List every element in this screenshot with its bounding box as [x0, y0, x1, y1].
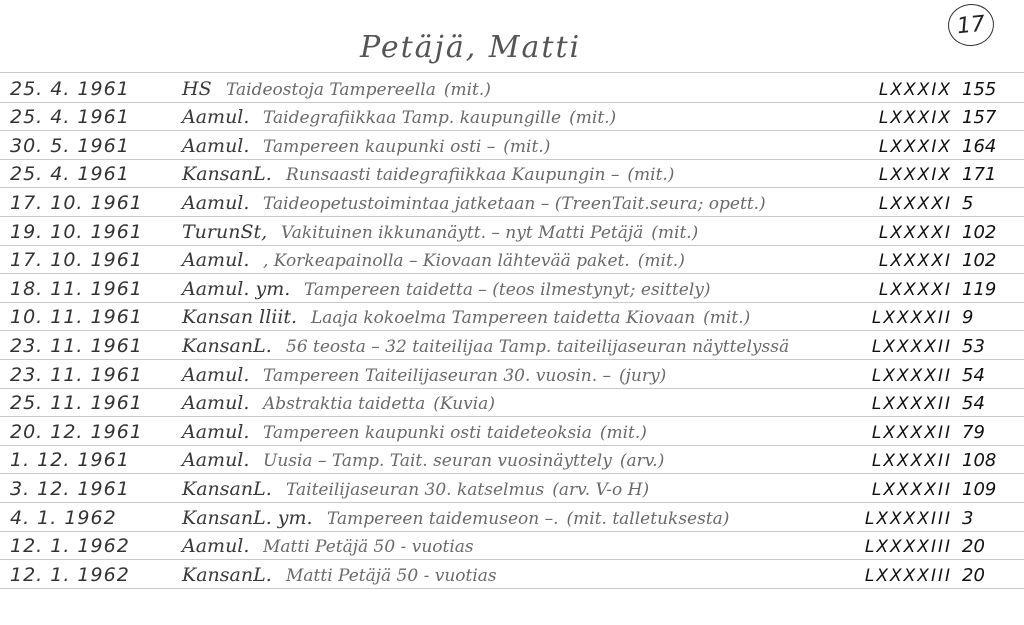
entry-body: Runsaasti taidegrafiikkaa Kaupungin –(mi… [278, 164, 674, 185]
entry-page: 155 [962, 79, 996, 100]
entry-date: 23. 11. 1961 [10, 335, 180, 357]
entry-page: 9 [962, 307, 973, 328]
entry-page: 20 [962, 565, 985, 586]
entry-body: Taiteilijaseuran 30. katselmus(arv. V-o … [278, 479, 649, 500]
entry-date: 30. 5. 1961 [10, 135, 180, 157]
entry-note: (Kuvia) [433, 394, 495, 414]
page-number-circle: 17 [946, 2, 996, 49]
entry-volume: LXXXXII [872, 366, 952, 386]
entry-note: (jury) [619, 366, 666, 386]
entry-note: (mit.) [627, 165, 674, 185]
entry-source: Aamul. [182, 106, 249, 128]
entry-title: Taideopetustoimintaa jatketaan – (TreenT… [263, 194, 766, 214]
entry-note: (mit.) [569, 108, 616, 128]
entry-volume: LXXXIX [879, 108, 952, 128]
entry-date: 3. 12. 1961 [10, 478, 180, 500]
entry-volume: LXXXIX [879, 80, 952, 100]
entry-source: Aamul. [182, 449, 249, 471]
entry-body: Tampereen taidemuseon –.(mit. talletukse… [319, 508, 729, 529]
entry-body: Laaja kokoelma Tampereen taidetta Kiovaa… [303, 307, 750, 328]
entry-source: KansanL. [182, 564, 272, 586]
entry-body: Taideostoja Tampereella(mit.) [218, 79, 491, 100]
entry-title: Matti Petäjä 50 - vuotias [286, 566, 497, 586]
entry-volume: LXXXXII [872, 451, 952, 471]
entry-note: (mit.) [638, 251, 685, 271]
entry-list: 25. 4. 1961HSTaideostoja Tampereella(mit… [0, 74, 1024, 589]
entry-source: HS [182, 78, 212, 100]
entry-volume: LXXXXI [879, 251, 952, 271]
entry-date: 10. 11. 1961 [10, 306, 180, 328]
entry-note: (mit.) [444, 80, 491, 100]
entry-date: 4. 1. 1962 [10, 507, 180, 529]
list-item: 19. 10. 1961TurunSt,Vakituinen ikkunanäy… [0, 217, 1024, 246]
entry-title: 56 teosta – 32 taiteilijaa Tamp. taiteil… [286, 337, 789, 357]
entry-body: Taidegrafiikkaa Tamp. kaupungille(mit.) [255, 107, 616, 128]
list-item: 23. 11. 1961KansanL.56 teosta – 32 taite… [0, 331, 1024, 360]
entry-page: 119 [962, 279, 996, 300]
entry-volume: LXXXXII [872, 337, 952, 357]
entry-source: KansanL. [182, 163, 272, 185]
entry-page: 54 [962, 393, 985, 414]
header-rule [0, 72, 1024, 73]
entry-date: 1. 12. 1961 [10, 449, 180, 471]
entry-date: 12. 1. 1962 [10, 564, 180, 586]
entry-body: Tampereen taidetta – (teos ilmestynyt; e… [296, 279, 719, 300]
entry-title: , Korkeapainolla – Kiovaan lähtevää pake… [263, 251, 630, 271]
entry-volume: LXXXXIII [865, 537, 952, 557]
entry-date: 12. 1. 1962 [10, 535, 180, 557]
entry-note: (arv.) [620, 451, 665, 471]
entry-body: Tampereen Taiteilijaseuran 30. vuosin. –… [255, 365, 666, 386]
entry-note: (mit. talletuksesta) [567, 509, 730, 529]
list-item: 25. 11. 1961Aamul.Abstraktia taidetta(Ku… [0, 389, 1024, 418]
entry-date: 25. 4. 1961 [10, 78, 180, 100]
entry-title: Taideostoja Tampereella [226, 80, 436, 100]
entry-volume: LXXXXI [879, 280, 952, 300]
list-item: 4. 1. 1962KansanL. ym.Tampereen taidemus… [0, 503, 1024, 532]
entry-volume: LXXXXII [872, 308, 952, 328]
entry-date: 17. 10. 1961 [10, 192, 180, 214]
entry-body: Taideopetustoimintaa jatketaan – (TreenT… [255, 193, 774, 214]
entry-page: 102 [962, 250, 996, 271]
list-item: 12. 1. 1962KansanL.Matti Petäjä 50 - vuo… [0, 560, 1024, 589]
entry-source: Kansan lliit. [182, 306, 297, 328]
entry-title: Matti Petäjä 50 - vuotias [263, 537, 474, 557]
entry-page: 79 [962, 422, 985, 443]
entry-page: 109 [962, 479, 996, 500]
entry-date: 19. 10. 1961 [10, 221, 180, 243]
entry-body: Tampereen kaupunki osti –(mit.) [255, 136, 550, 157]
entry-date: 20. 12. 1961 [10, 421, 180, 443]
entry-source: KansanL. ym. [182, 507, 313, 529]
entry-source: TurunSt, [182, 221, 267, 243]
entry-page: 157 [962, 107, 996, 128]
entry-body: Abstraktia taidetta(Kuvia) [255, 393, 495, 414]
entry-title: Runsaasti taidegrafiikkaa Kaupungin – [286, 165, 619, 185]
entry-source: Aamul. [182, 535, 249, 557]
list-item: 1. 12. 1961Aamul.Uusia – Tamp. Tait. seu… [0, 446, 1024, 475]
entry-date: 25. 11. 1961 [10, 392, 180, 414]
entry-source: Aamul. ym. [182, 278, 290, 300]
entry-volume: LXXXIX [879, 137, 952, 157]
list-item: 17. 10. 1961Aamul.Taideopetustoimintaa j… [0, 188, 1024, 217]
list-item: 20. 12. 1961Aamul.Tampereen kaupunki ost… [0, 417, 1024, 446]
entry-volume: LXXXXI [879, 194, 952, 214]
entry-volume: LXXXXI [879, 223, 952, 243]
list-item: 25. 4. 1961KansanL.Runsaasti taidegrafii… [0, 160, 1024, 189]
list-item: 17. 10. 1961Aamul., Korkeapainolla – Kio… [0, 246, 1024, 275]
entry-body: , Korkeapainolla – Kiovaan lähtevää pake… [255, 250, 685, 271]
list-item: 23. 11. 1961Aamul.Tampereen Taiteilijase… [0, 360, 1024, 389]
entry-title: Abstraktia taidetta [263, 394, 425, 414]
list-item: 3. 12. 1961KansanL.Taiteilijaseuran 30. … [0, 474, 1024, 503]
entry-page: 3 [962, 508, 973, 529]
entry-date: 18. 11. 1961 [10, 278, 180, 300]
entry-body: Matti Petäjä 50 - vuotias [255, 536, 482, 557]
entry-source: Aamul. [182, 392, 249, 414]
list-item: 12. 1. 1962Aamul.Matti Petäjä 50 - vuoti… [0, 532, 1024, 561]
list-item: 30. 5. 1961Aamul.Tampereen kaupunki osti… [0, 131, 1024, 160]
entry-page: 53 [962, 336, 985, 357]
entry-page: 20 [962, 536, 985, 557]
index-card: 17 Petäjä, Matti 25. 4. 1961HSTaideostoj… [0, 0, 1024, 625]
list-item: 10. 11. 1961Kansan lliit.Laaja kokoelma … [0, 303, 1024, 332]
entry-note: (arv. V-o H) [552, 480, 649, 500]
entry-volume: LXXXXII [872, 394, 952, 414]
entry-title: Tampereen taidemuseon –. [327, 509, 559, 529]
entry-note: (mit.) [600, 423, 647, 443]
entry-volume: LXXXIX [879, 165, 952, 185]
list-item: 25. 4. 1961HSTaideostoja Tampereella(mit… [0, 74, 1024, 103]
entry-note: (mit.) [503, 137, 550, 157]
entry-source: KansanL. [182, 335, 272, 357]
entry-body: Vakituinen ikkunanäytt. – nyt Matti Petä… [273, 222, 698, 243]
entry-page: 171 [962, 164, 996, 185]
entry-title: Tampereen Taiteilijaseuran 30. vuosin. – [263, 366, 611, 386]
entry-volume: LXXXXII [872, 480, 952, 500]
entry-title: Tampereen kaupunki osti taideteoksia [263, 423, 592, 443]
entry-date: 23. 11. 1961 [10, 364, 180, 386]
entry-page: 164 [962, 136, 996, 157]
entry-volume: LXXXXIII [865, 509, 952, 529]
entry-source: Aamul. [182, 364, 249, 386]
entry-source: Aamul. [182, 421, 249, 443]
entry-source: Aamul. [182, 135, 249, 157]
entry-note: (mit.) [703, 308, 750, 328]
card-heading: Petäjä, Matti [360, 30, 581, 65]
list-item: 25. 4. 1961Aamul.Taidegrafiikkaa Tamp. k… [0, 103, 1024, 132]
entry-date: 25. 4. 1961 [10, 163, 180, 185]
entry-page: 108 [962, 450, 996, 471]
entry-title: Laaja kokoelma Tampereen taidetta Kiovaa… [311, 308, 695, 328]
entry-source: Aamul. [182, 192, 249, 214]
entry-date: 25. 4. 1961 [10, 106, 180, 128]
entry-body: 56 teosta – 32 taiteilijaa Tamp. taiteil… [278, 336, 797, 357]
entry-title: Taiteilijaseuran 30. katselmus [286, 480, 544, 500]
entry-title: Vakituinen ikkunanäytt. – nyt Matti Petä… [281, 223, 643, 243]
entry-body: Uusia – Tamp. Tait. seuran vuosinäyttely… [255, 450, 664, 471]
entry-volume: LXXXXIII [865, 566, 952, 586]
entry-title: Tampereen kaupunki osti – [263, 137, 495, 157]
entry-source: Aamul. [182, 249, 249, 271]
entry-body: Matti Petäjä 50 - vuotias [278, 565, 505, 586]
entry-source: KansanL. [182, 478, 272, 500]
entry-title: Tampereen taidetta – (teos ilmestynyt; e… [304, 280, 711, 300]
entry-title: Taidegrafiikkaa Tamp. kaupungille [263, 108, 561, 128]
entry-date: 17. 10. 1961 [10, 249, 180, 271]
list-item: 18. 11. 1961Aamul. ym.Tampereen taidetta… [0, 274, 1024, 303]
entry-page: 102 [962, 222, 996, 243]
entry-page: 5 [962, 193, 973, 214]
entry-page: 54 [962, 365, 985, 386]
entry-body: Tampereen kaupunki osti taideteoksia(mit… [255, 422, 647, 443]
entry-volume: LXXXXII [872, 423, 952, 443]
entry-note: (mit.) [651, 223, 698, 243]
entry-title: Uusia – Tamp. Tait. seuran vuosinäyttely [263, 451, 612, 471]
